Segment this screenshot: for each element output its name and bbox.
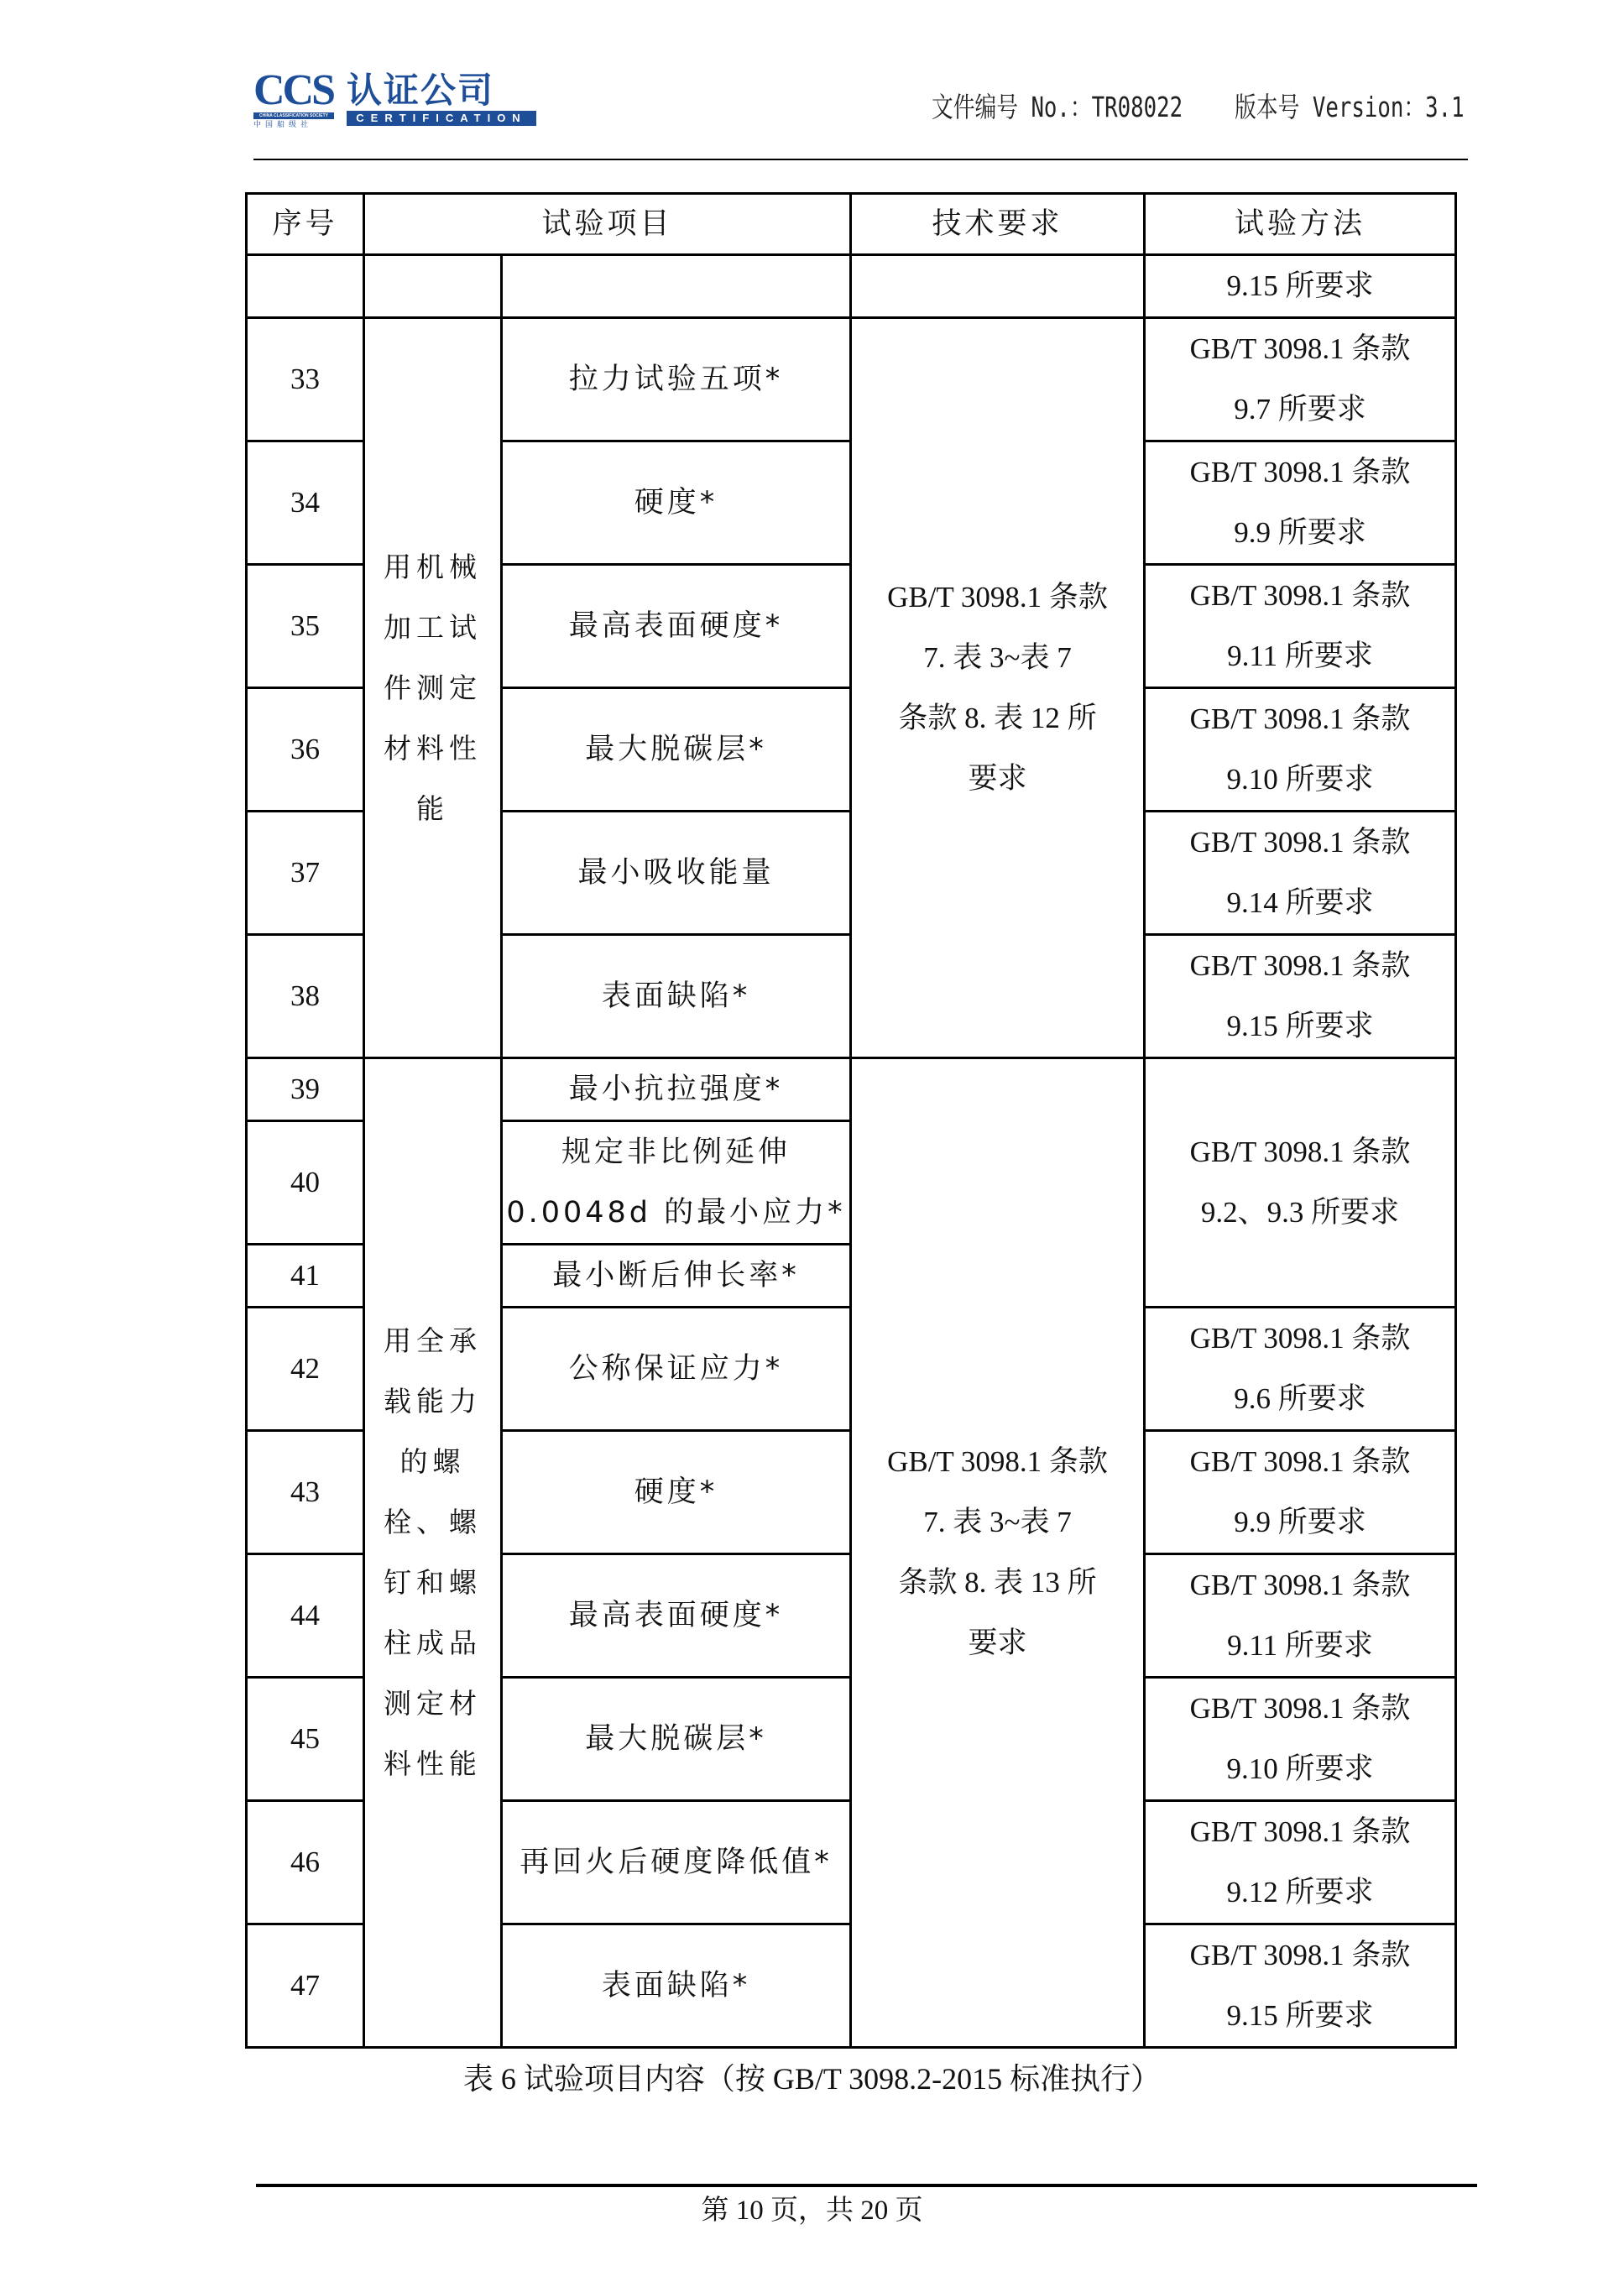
row-no: 35: [247, 565, 364, 688]
method-cell: GB/T 3098.1 条款 9.14 所要求: [1145, 812, 1456, 935]
item-cell: 表面缺陷*: [502, 1924, 851, 2048]
row-no: 42: [247, 1308, 364, 1431]
category-cell: 用机械 加工试 件测定 材料性 能: [364, 318, 502, 1058]
col-header-requirement: 技术要求: [851, 194, 1145, 255]
header-divider: [253, 159, 1468, 160]
item-cell: 最小抗拉强度*: [502, 1058, 851, 1121]
row-no: 44: [247, 1554, 364, 1678]
row-no: 47: [247, 1924, 364, 2048]
item-cell: 拉力试验五项*: [502, 318, 851, 441]
item-cell: 硬度*: [502, 441, 851, 565]
method-cell: GB/T 3098.1 条款 9.11 所要求: [1145, 1554, 1456, 1678]
col-header-no: 序号: [247, 194, 364, 255]
page-number: 第 10 页，共 20 页: [0, 2192, 1624, 2229]
method-cell: GB/T 3098.1 条款 9.9 所要求: [1145, 441, 1456, 565]
row-no: 41: [247, 1245, 364, 1308]
col-header-item: 试验项目: [364, 194, 851, 255]
logo-brand-band: CHINA CLASSIFICATION SOCIETY: [253, 112, 334, 119]
item-cell: 公称保证应力*: [502, 1308, 851, 1431]
logo-cert-band: CERTIFICATION: [347, 111, 536, 126]
item-cell: 最大脱碳层*: [502, 688, 851, 812]
item-cell: 最小断后伸长率*: [502, 1245, 851, 1308]
item-cell: 表面缺陷*: [502, 935, 851, 1058]
item-cell: 最大脱碳层*: [502, 1678, 851, 1801]
table-caption: 表 6 试验项目内容（按 GB/T 3098.2-2015 标准执行）: [0, 2060, 1624, 2097]
footer-divider: [256, 2184, 1477, 2187]
row-no: 37: [247, 812, 364, 935]
table-row: 33 用机械 加工试 件测定 材料性 能 拉力试验五项* GB/T 3098.1…: [247, 318, 1456, 441]
document-number-version: 文件编号 No.：TR08022 版本号 Version：3.1: [932, 91, 1465, 124]
ccs-certification-logo: CCS CHINA CLASSIFICATION SOCIETY 中国船级社 认…: [253, 69, 543, 128]
requirement-cell: GB/T 3098.1 条款 7. 表 3~表 7 条款 8. 表 12 所 要…: [851, 318, 1145, 1058]
method-cell: GB/T 3098.1 条款 9.11 所要求: [1145, 565, 1456, 688]
requirement-cell: GB/T 3098.1 条款 7. 表 3~表 7 条款 8. 表 13 所 要…: [851, 1058, 1145, 2048]
method-cell: 9.15 所要求: [1145, 255, 1456, 318]
method-cell: GB/T 3098.1 条款 9.7 所要求: [1145, 318, 1456, 441]
row-no: 40: [247, 1121, 364, 1245]
logo-cert-cn: 认证公司: [347, 69, 494, 112]
item-cell: 最高表面硬度*: [502, 1554, 851, 1678]
row-no: 38: [247, 935, 364, 1058]
col-header-method: 试验方法: [1145, 194, 1456, 255]
row-no: 36: [247, 688, 364, 812]
method-cell: GB/T 3098.1 条款 9.6 所要求: [1145, 1308, 1456, 1431]
method-cell: GB/T 3098.1 条款 9.10 所要求: [1145, 688, 1456, 812]
method-cell: GB/T 3098.1 条款 9.2、9.3 所要求: [1145, 1058, 1456, 1308]
item-cell: 再回火后硬度降低值*: [502, 1801, 851, 1924]
test-items-table: 序号 试验项目 技术要求 试验方法 9.15 所要求 33 用机械 加工试 件测…: [245, 192, 1457, 2049]
table-row: 39 用全承 载能力 的螺 栓、螺 钉和螺 柱成品 测定材 料性能 最小抗拉强度…: [247, 1058, 1456, 1121]
logo-brand: CCS: [253, 69, 333, 112]
row-no: 43: [247, 1431, 364, 1554]
category-cell: 用全承 载能力 的螺 栓、螺 钉和螺 柱成品 测定材 料性能: [364, 1058, 502, 2048]
method-cell: GB/T 3098.1 条款 9.10 所要求: [1145, 1678, 1456, 1801]
row-no: 39: [247, 1058, 364, 1121]
item-cell: 最高表面硬度*: [502, 565, 851, 688]
table-row-continuation: 9.15 所要求: [247, 255, 1456, 318]
row-no: 33: [247, 318, 364, 441]
row-no: 45: [247, 1678, 364, 1801]
row-no: 34: [247, 441, 364, 565]
item-cell: 最小吸收能量: [502, 812, 851, 935]
logo-brand-cn: 中国船级社: [253, 120, 334, 128]
method-cell: GB/T 3098.1 条款 9.12 所要求: [1145, 1801, 1456, 1924]
row-no: 46: [247, 1801, 364, 1924]
table-header-row: 序号 试验项目 技术要求 试验方法: [247, 194, 1456, 255]
item-cell: 规定非比例延伸 0.0048d 的最小应力*: [502, 1121, 851, 1245]
method-cell: GB/T 3098.1 条款 9.15 所要求: [1145, 935, 1456, 1058]
method-cell: GB/T 3098.1 条款 9.9 所要求: [1145, 1431, 1456, 1554]
method-cell: GB/T 3098.1 条款 9.15 所要求: [1145, 1924, 1456, 2048]
item-cell: 硬度*: [502, 1431, 851, 1554]
